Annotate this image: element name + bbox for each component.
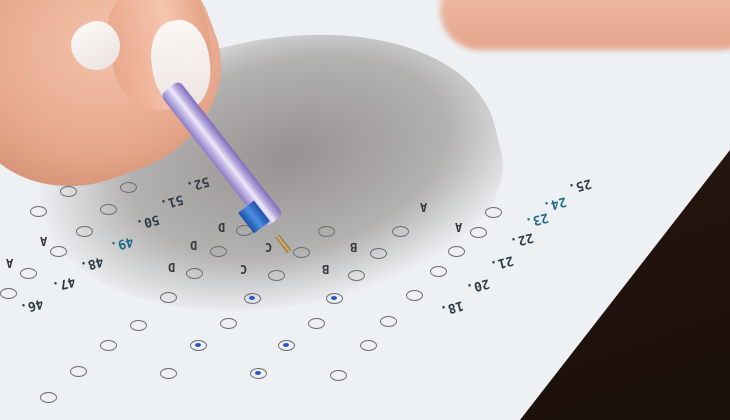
photo-scene: 18. 20. 21. 22. 23. 24. 25. 46. 47. 48. …	[0, 0, 730, 420]
answer-bubble-filled[interactable]	[190, 340, 207, 351]
question-number: 49.	[108, 233, 135, 254]
answer-bubble[interactable]	[40, 392, 57, 403]
question-number: 20.	[464, 275, 491, 296]
answer-bubble[interactable]	[370, 248, 387, 259]
question-number: 46.	[18, 295, 45, 316]
choice-label: D	[190, 238, 197, 252]
answer-bubble[interactable]	[186, 268, 203, 279]
choice-label: A	[40, 234, 47, 248]
answer-bubble[interactable]	[130, 320, 147, 331]
answer-bubble[interactable]	[60, 186, 77, 197]
choice-label: D	[168, 260, 175, 274]
question-number: 22.	[508, 229, 535, 250]
answer-bubble[interactable]	[210, 246, 227, 257]
question-number: 52.	[184, 173, 211, 194]
answer-bubble-filled[interactable]	[278, 340, 295, 351]
other-hand	[440, 0, 730, 50]
answer-bubble[interactable]	[430, 266, 447, 277]
answer-bubble[interactable]	[392, 226, 409, 237]
answer-bubble-filled[interactable]	[326, 293, 343, 304]
choice-label: B	[350, 240, 357, 254]
answer-bubble[interactable]	[330, 370, 347, 381]
choice-label: D	[218, 220, 225, 234]
answer-bubble[interactable]	[485, 207, 502, 218]
answer-bubble[interactable]	[100, 340, 117, 351]
answer-bubble[interactable]	[448, 246, 465, 257]
answer-bubble[interactable]	[470, 227, 487, 238]
answer-bubble[interactable]	[20, 268, 37, 279]
answer-bubble[interactable]	[318, 226, 335, 237]
choice-label: C	[240, 262, 247, 276]
answer-bubble-filled[interactable]	[250, 368, 267, 379]
answer-bubble[interactable]	[348, 270, 365, 281]
answer-bubble[interactable]	[308, 318, 325, 329]
question-number: 21.	[488, 252, 515, 273]
question-number: 18.	[438, 297, 465, 318]
answer-bubble[interactable]	[406, 290, 423, 301]
answer-bubble[interactable]	[70, 366, 87, 377]
question-number: 50.	[134, 211, 161, 232]
question-number: 47.	[50, 273, 77, 294]
answer-bubble[interactable]	[293, 247, 310, 258]
answer-bubble[interactable]	[220, 318, 237, 329]
answer-bubble[interactable]	[160, 368, 177, 379]
answer-bubble[interactable]	[380, 316, 397, 327]
answer-bubble[interactable]	[30, 206, 47, 217]
answer-bubble[interactable]	[160, 292, 177, 303]
choice-label: A	[6, 256, 13, 270]
question-number: 24.	[541, 193, 568, 214]
question-number: 48.	[78, 253, 105, 274]
choice-label: A	[420, 200, 427, 214]
answer-bubble[interactable]	[100, 204, 117, 215]
choice-label: A	[455, 220, 462, 234]
choice-label: B	[322, 262, 329, 276]
answer-bubble[interactable]	[76, 226, 93, 237]
answer-bubble[interactable]	[50, 246, 67, 257]
question-number: 25.	[566, 175, 593, 196]
answer-bubble[interactable]	[120, 182, 137, 193]
answer-bubble[interactable]	[268, 270, 285, 281]
answer-bubble[interactable]	[360, 340, 377, 351]
answer-bubble[interactable]	[0, 288, 17, 299]
answer-bubble-filled[interactable]	[244, 293, 261, 304]
choice-label: C	[265, 240, 272, 254]
question-number: 51.	[158, 191, 185, 212]
